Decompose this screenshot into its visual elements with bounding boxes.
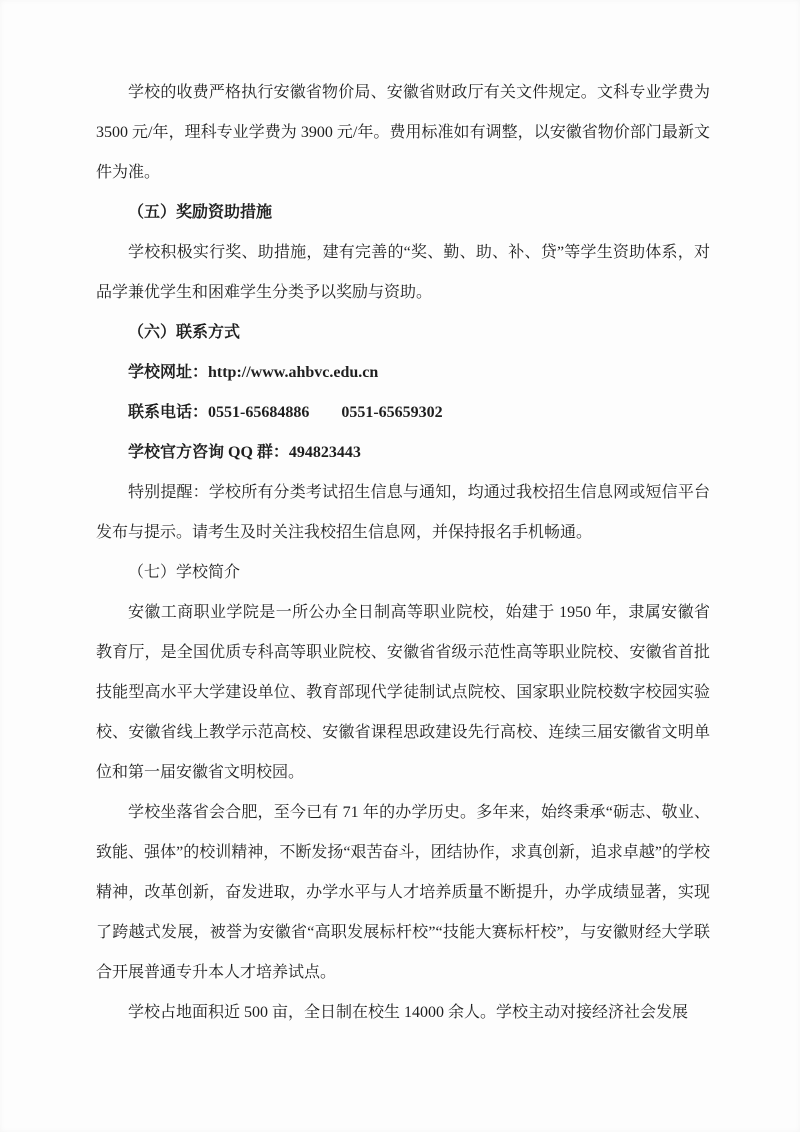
paragraph: 学校坐落省会合肥，至今已有 71 年的办学历史。多年来，始终秉承“砺志、敬业、致…: [96, 793, 710, 993]
paragraph: 学校的收费严格执行安徽省物价局、安徽省财政厅有关文件规定。文科专业学费为 350…: [96, 73, 710, 193]
contact-line: 学校网址：http://www.ahbvc.edu.cn: [96, 353, 710, 393]
section-heading: （五）奖励资助措施: [96, 193, 710, 233]
section-heading: （六）联系方式: [96, 313, 710, 353]
contact-line: 学校官方咨询 QQ 群：494823443: [96, 433, 710, 473]
paragraph: 安徽工商职业学院是一所公办全日制高等职业院校，始建于 1950 年，隶属安徽省教…: [96, 593, 710, 793]
paragraph: 学校积极实行奖、助措施，建有完善的“奖、勤、助、补、贷”等学生资助体系，对品学兼…: [96, 233, 710, 313]
paragraph: 学校占地面积近 500 亩，全日制在校生 14000 余人。学校主动对接经济社会…: [96, 993, 710, 1033]
paragraph: 特别提醒：学校所有分类考试招生信息与通知，均通过我校招生信息网或短信平台发布与提…: [96, 473, 710, 553]
section-subheading: （七）学校简介: [96, 553, 710, 593]
contact-line: 联系电话：0551-65684886 0551-65659302: [96, 393, 710, 433]
document-content: 学校的收费严格执行安徽省物价局、安徽省财政厅有关文件规定。文科专业学费为 350…: [96, 73, 710, 1033]
document-page: 学校的收费严格执行安徽省物价局、安徽省财政厅有关文件规定。文科专业学费为 350…: [0, 0, 800, 1132]
